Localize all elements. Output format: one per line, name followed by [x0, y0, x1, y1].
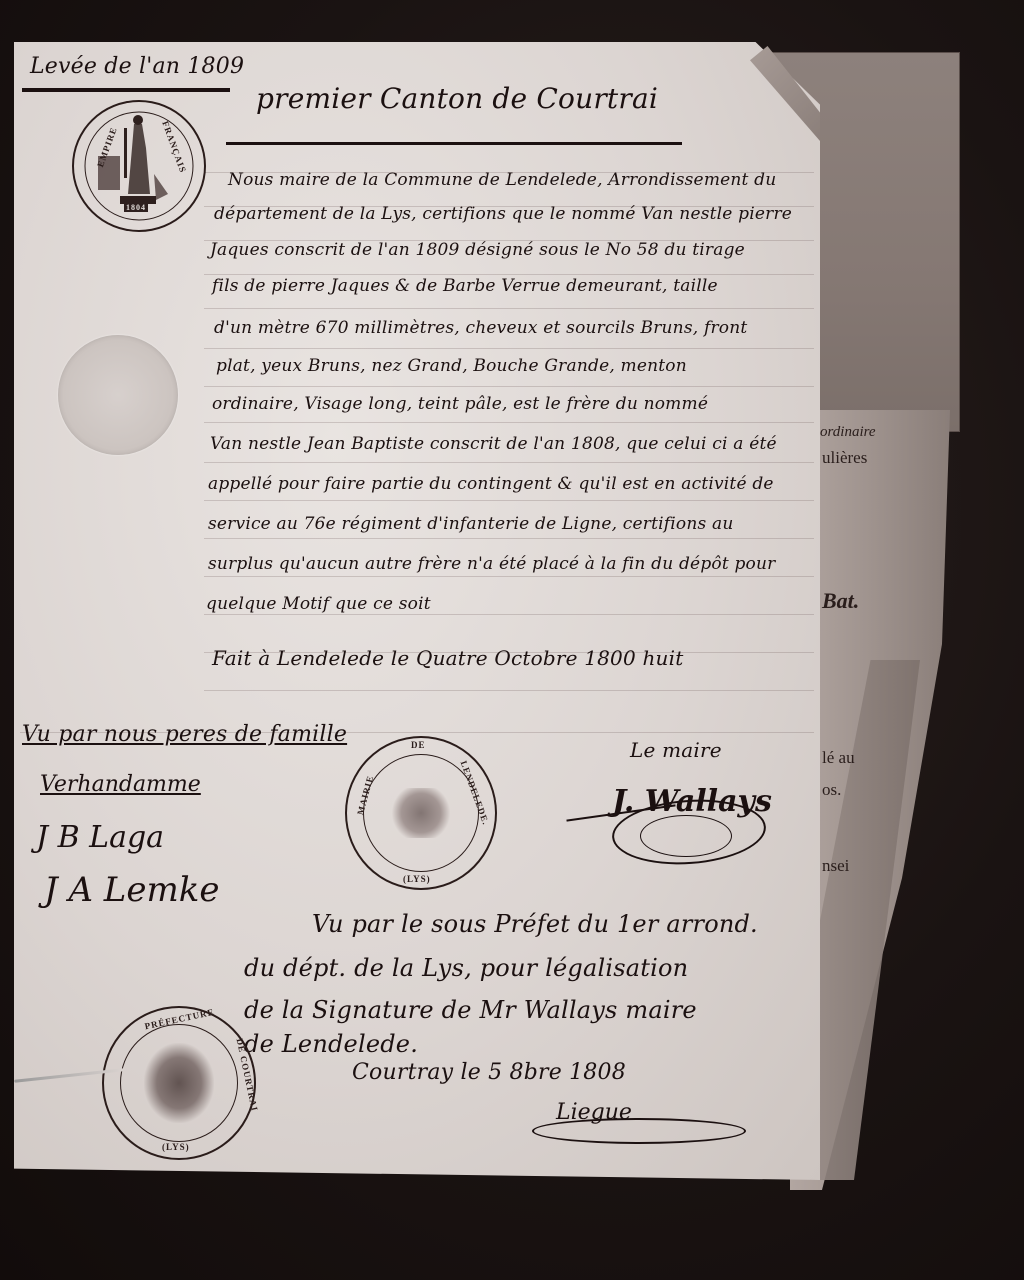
seal-date: 1804 — [124, 203, 148, 212]
ruled-line — [204, 308, 814, 309]
legalisation-date: Courtray le 5 8bre 1808 — [352, 1060, 626, 1085]
underlying-form-fragment: lé au — [822, 748, 855, 768]
seal-ring-text: DE — [411, 740, 426, 750]
legalisation-line: de Lendelede. — [244, 1030, 418, 1058]
seal-eagle-icon — [391, 788, 451, 838]
witness-signature: J A Lemke — [44, 870, 219, 910]
body-line: fils de pierre Jaques & de Barbe Verrue … — [212, 276, 718, 296]
legalisation-line: du dépt. de la Lys, pour légalisation — [244, 954, 688, 982]
witnesses-heading: Vu par nous peres de famille — [22, 722, 347, 747]
ruled-line — [204, 538, 814, 539]
ruled-line — [204, 690, 814, 691]
empire-seal: EMPIRE FRANÇAIS 1804 — [72, 100, 206, 232]
underlying-form-fragment: ulières — [822, 448, 867, 468]
levy-label: Levée de l'an 1809 — [30, 54, 244, 79]
ruled-line — [204, 348, 814, 349]
embossed-seal — [58, 335, 178, 455]
body-line: Jaques conscrit de l'an 1809 désigné sou… — [210, 240, 745, 260]
ruled-line — [204, 462, 814, 463]
body-line: Van nestle Jean Baptiste conscrit de l'a… — [210, 434, 777, 454]
legalisation-line: Vu par le sous Préfet du 1er arrond. — [312, 910, 758, 938]
date-line: Fait à Lendelede le Quatre Octobre 1800 … — [212, 646, 683, 670]
body-line: surplus qu'aucun autre frère n'a été pla… — [208, 554, 775, 574]
ruled-line — [204, 500, 814, 501]
seal-ring-text: (LYS) — [162, 1142, 190, 1152]
body-line: ordinaire, Visage long, teint pâle, est … — [212, 394, 708, 414]
seal-ring-text: (LYS) — [403, 874, 431, 884]
body-line: service au 76e régiment d'infanterie de … — [208, 514, 734, 534]
canton-title: premier Canton de Courtrai — [256, 82, 658, 115]
canton-underline — [226, 142, 682, 145]
legalisation-line: de la Signature de Mr Wallays maire — [244, 996, 697, 1024]
ruled-line — [204, 614, 814, 615]
body-line: appellé pour faire partie du contingent … — [208, 474, 774, 494]
body-line: Nous maire de la Commune de Lendelede, A… — [228, 170, 776, 190]
witness-signature: J B Laga — [36, 820, 164, 855]
mairie-seal: MAIRIE DE LENDELEDE. (LYS) — [345, 736, 497, 890]
underlying-form-fragment: nsei — [822, 856, 849, 876]
body-line: d'un mètre 670 millimètres, cheveux et s… — [214, 318, 747, 338]
body-line: plat, yeux Bruns, nez Grand, Bouche Gran… — [216, 356, 687, 376]
body-line: quelque Motif que ce soit — [206, 594, 431, 614]
signature-flourish — [532, 1118, 746, 1144]
body-line: département de la Lys, certifions que le… — [214, 204, 792, 224]
ruled-line — [204, 576, 814, 577]
seal-eagle-icon — [144, 1043, 214, 1123]
prefecture-seal: PRÉFECTURE DE COURTRAI (LYS) — [102, 1006, 256, 1160]
underlying-form-fragment: os. — [822, 780, 841, 800]
ruled-line — [204, 274, 814, 275]
levy-underline — [22, 88, 230, 92]
underlying-form-fragment: Bat. — [822, 588, 859, 614]
ruled-line — [204, 386, 814, 387]
ruled-line — [204, 422, 814, 423]
signature-flourish — [640, 815, 732, 857]
underlying-form-fragment: ordinaire — [820, 424, 876, 441]
witness-signature: Verhandamme — [40, 772, 201, 797]
mayor-title: Le maire — [630, 738, 722, 762]
